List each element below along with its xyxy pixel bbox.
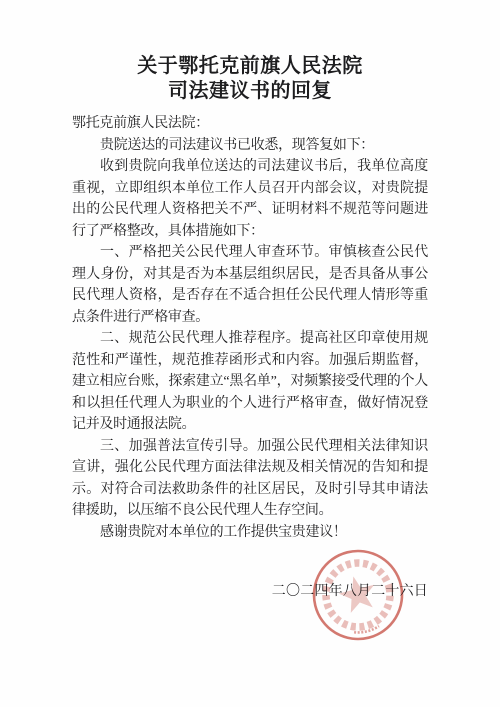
document-title: 关于鄂托克前旗人民法院 司法建议书的回复 xyxy=(0,0,500,104)
paragraph-list: 贵院送达的司法建议书已收悉，现答复如下：收到贵院向我单位送达的司法建议书后，我单… xyxy=(72,135,428,544)
paragraph: 三、加强普法宣传引导。加强公民代理相关法律知识宣讲，强化公民代理方面法律法规及相… xyxy=(72,436,428,522)
seal-code-marks xyxy=(354,626,379,634)
title-line-2: 司法建议书的回复 xyxy=(0,79,500,104)
paragraph: 二、规范公民代理人推荐程序。提高社区印章使用规范性和严谨性，规范推荐函形式和内容… xyxy=(72,328,428,436)
paragraph: 贵院送达的司法建议书已收悉，现答复如下： xyxy=(72,135,428,157)
paragraph: 感谢贵院对本单位的工作提供宝贵建议！ xyxy=(72,522,428,544)
official-seal-icon xyxy=(308,545,408,645)
addressee-line: 鄂托克前旗人民法院： xyxy=(72,113,428,135)
seal-star-icon xyxy=(337,573,378,613)
paragraph: 收到贵院向我单位送达的司法建议书后，我单位高度重视，立即组织本单位工作人员召开内… xyxy=(72,156,428,242)
title-line-1: 关于鄂托克前旗人民法院 xyxy=(0,54,500,79)
paragraph: 一、严格把关公民代理人审查环节。审慎核查公民代理人身份，对其是否为本基层组织居民… xyxy=(72,242,428,328)
document-page: 关于鄂托克前旗人民法院 司法建议书的回复 鄂托克前旗人民法院： 贵院送达的司法建… xyxy=(0,0,500,707)
document-body: 鄂托克前旗人民法院： 贵院送达的司法建议书已收悉，现答复如下：收到贵院向我单位送… xyxy=(72,113,428,543)
